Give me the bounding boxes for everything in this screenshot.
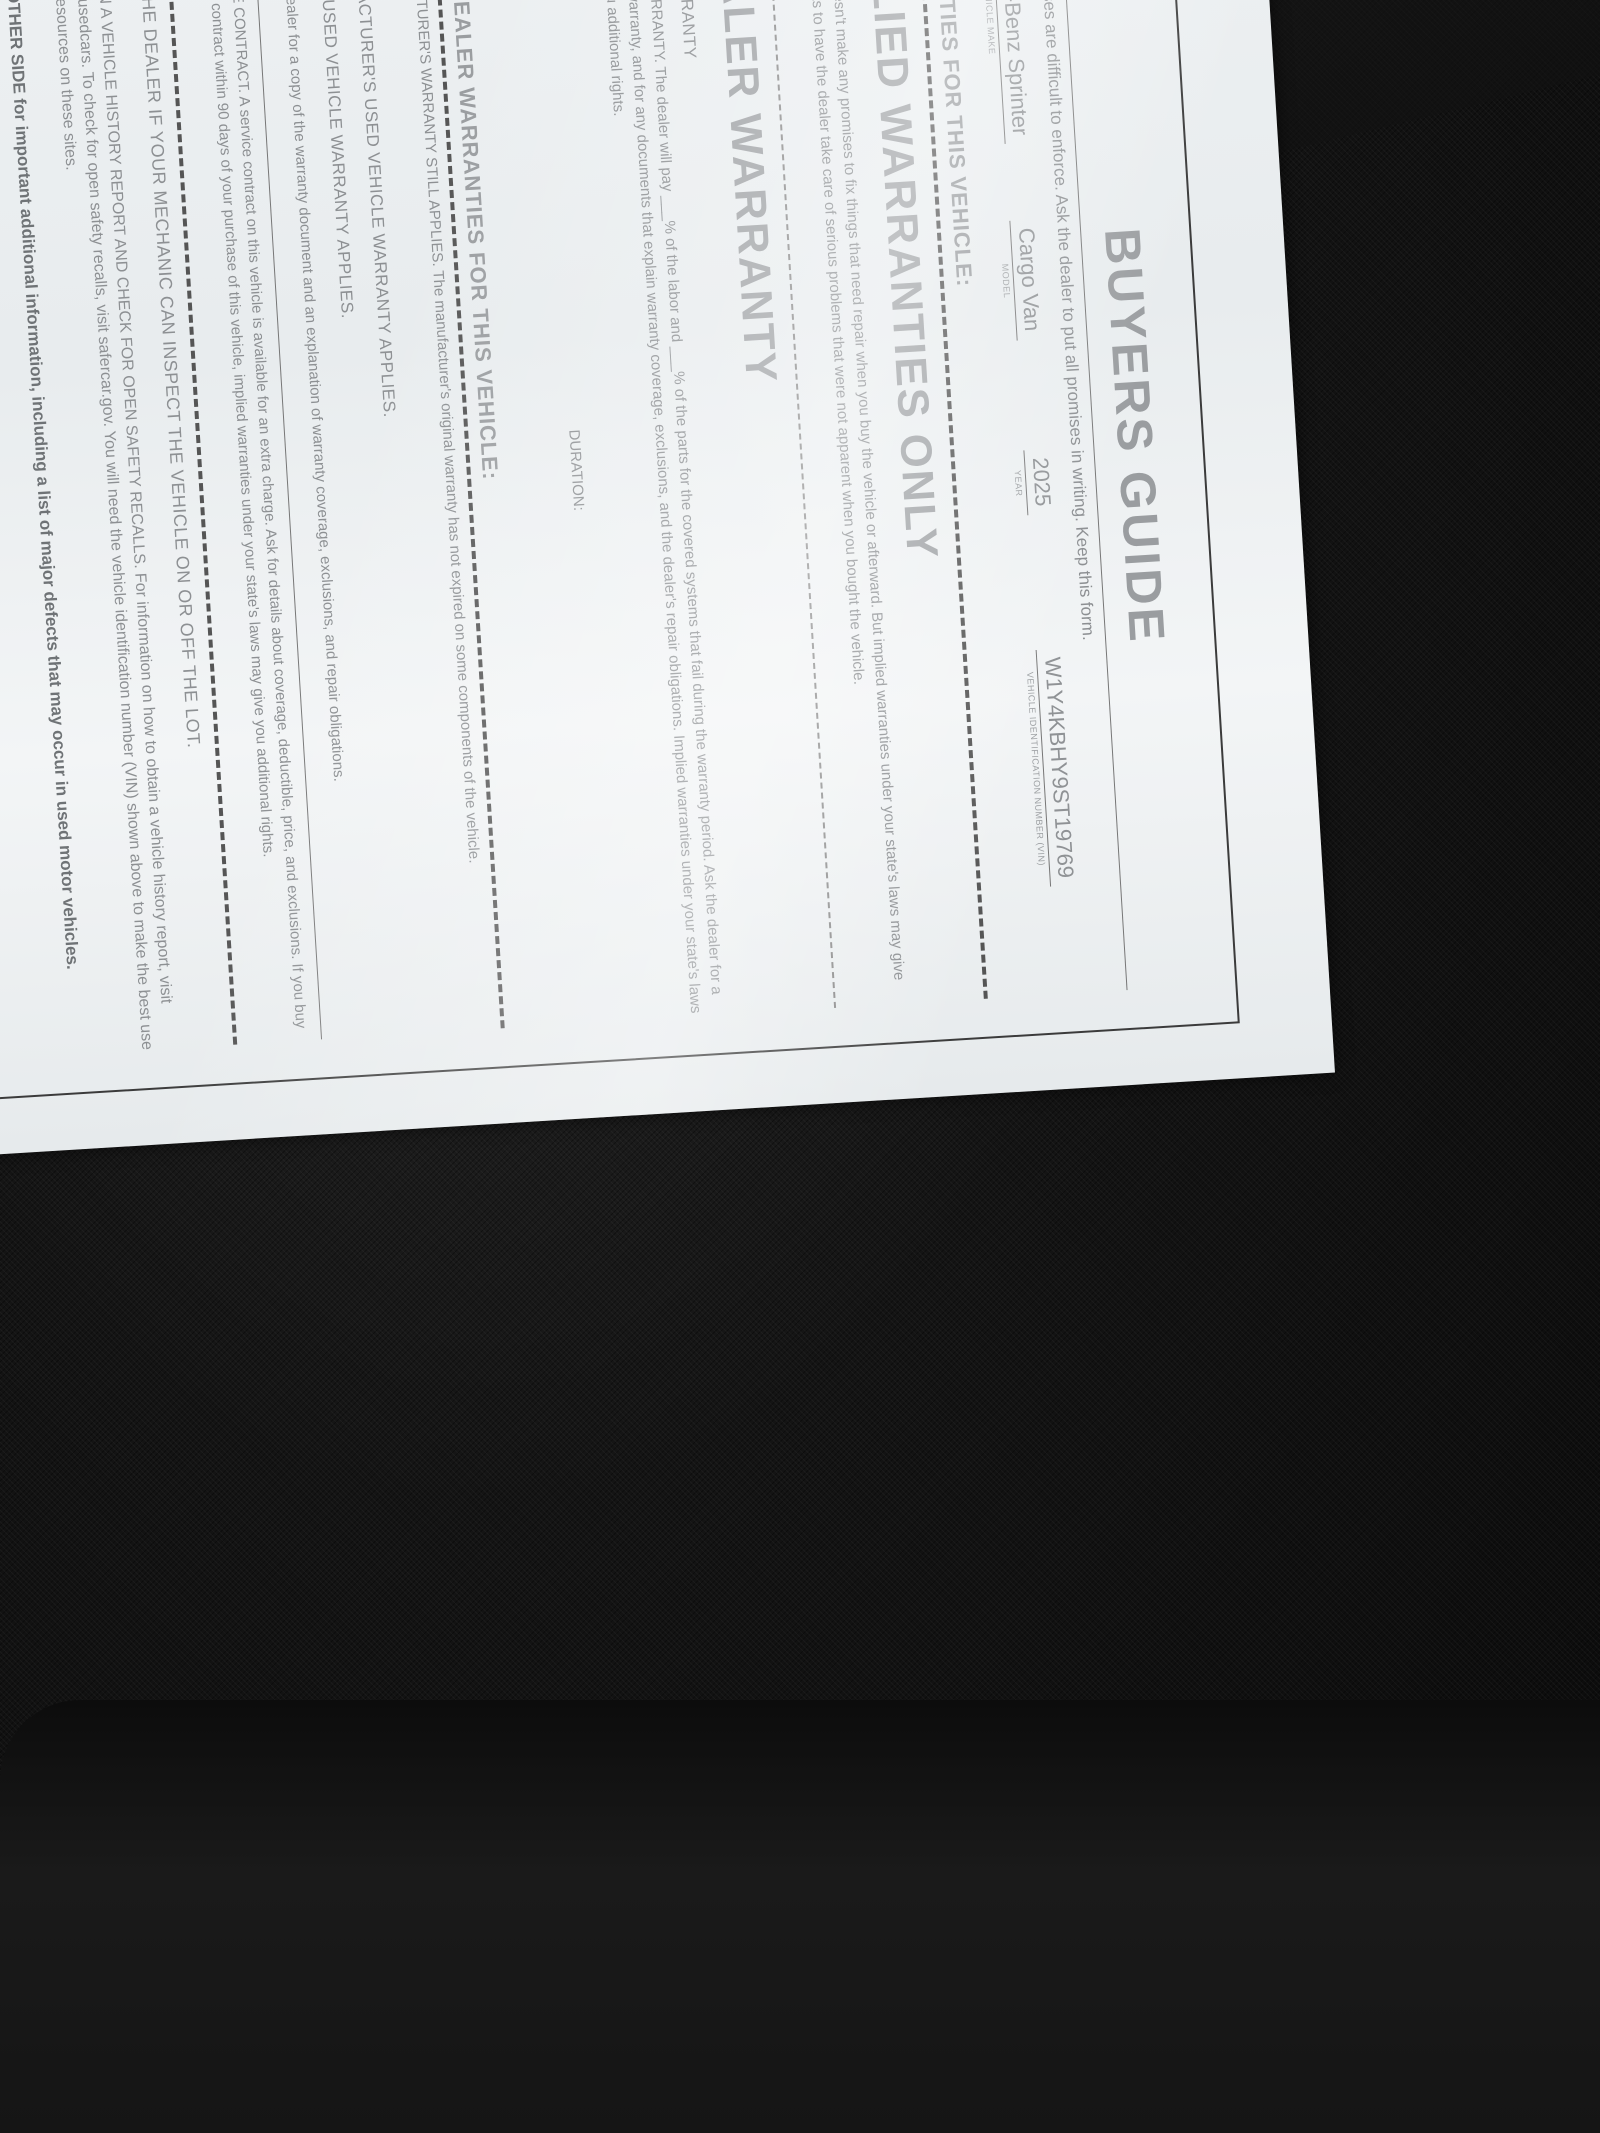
limited-warranty-text: LIMITED WARRANTY. The dealer will pay __… (595, 0, 728, 1019)
full-warranty-option: FULL WARRANTY (671, 0, 700, 59)
model-value: Cargo Van (1009, 219, 1045, 340)
buyers-guide-sheet: BUYERS GUIDE Spoken promises are difficu… (0, 0, 1335, 1165)
duration-label: DURATION: (532, 0, 621, 1060)
model-field: Cargo Van MODEL (997, 219, 1045, 341)
dealer-warranty-title: DEALER WARRANTY (707, 0, 786, 385)
year-field: 2025 YEAR (1011, 449, 1056, 516)
seat-cushion-lower (0, 1700, 1600, 2133)
vin-field: W1Y4KBHY9ST19769 VEHICLE IDENTIFICATION … (1024, 648, 1079, 887)
document-border: BUYERS GUIDE Spoken promises are difficu… (0, 0, 1240, 1106)
used-vehicle-warranty: MANUFACTURER'S USED VEHICLE WARRANTY APP… (349, 0, 399, 418)
other-warranty: OTHER USED VEHICLE WARRANTY APPLIES. (313, 0, 357, 319)
year-value: 2025 (1023, 449, 1056, 516)
vehicle-make-field: Mercedes-Benz Sprinter VEHICLE MAKE (977, 0, 1033, 145)
